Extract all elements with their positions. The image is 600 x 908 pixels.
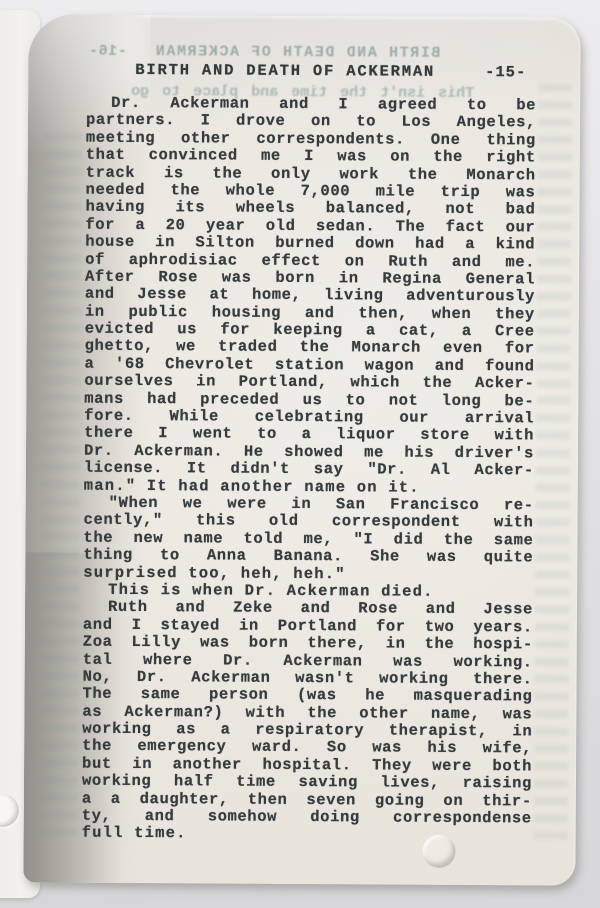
text-line: thatconvincedmeIwasontheright [86, 147, 536, 167]
page-title: BIRTH AND DEATH OF ACKERMAN [135, 61, 435, 81]
page-header: BIRTH AND DEATH OF ACKERMAN -15- [86, 61, 536, 82]
photo-background: BIRTH AND DEATH OF ACKERMAN -16- This is… [0, 0, 600, 908]
bleedthrough-page-number: -16- [88, 43, 127, 60]
paper-hole-mark [422, 835, 455, 868]
body-text: Dr.AckermanandIagreedtobepartners.Idrove… [82, 95, 537, 846]
text-line: full time. [82, 825, 532, 845]
bleedthrough-header: BIRTH AND DEATH OF ACKERMAN -16- [86, 43, 536, 63]
bleedthrough-smudge-right [534, 83, 573, 845]
page-number: -15- [485, 63, 536, 81]
document-page: BIRTH AND DEATH OF ACKERMAN -16- This is… [23, 14, 580, 885]
bleedthrough-title: BIRTH AND DEATH OF ACKERMAN [154, 43, 440, 62]
